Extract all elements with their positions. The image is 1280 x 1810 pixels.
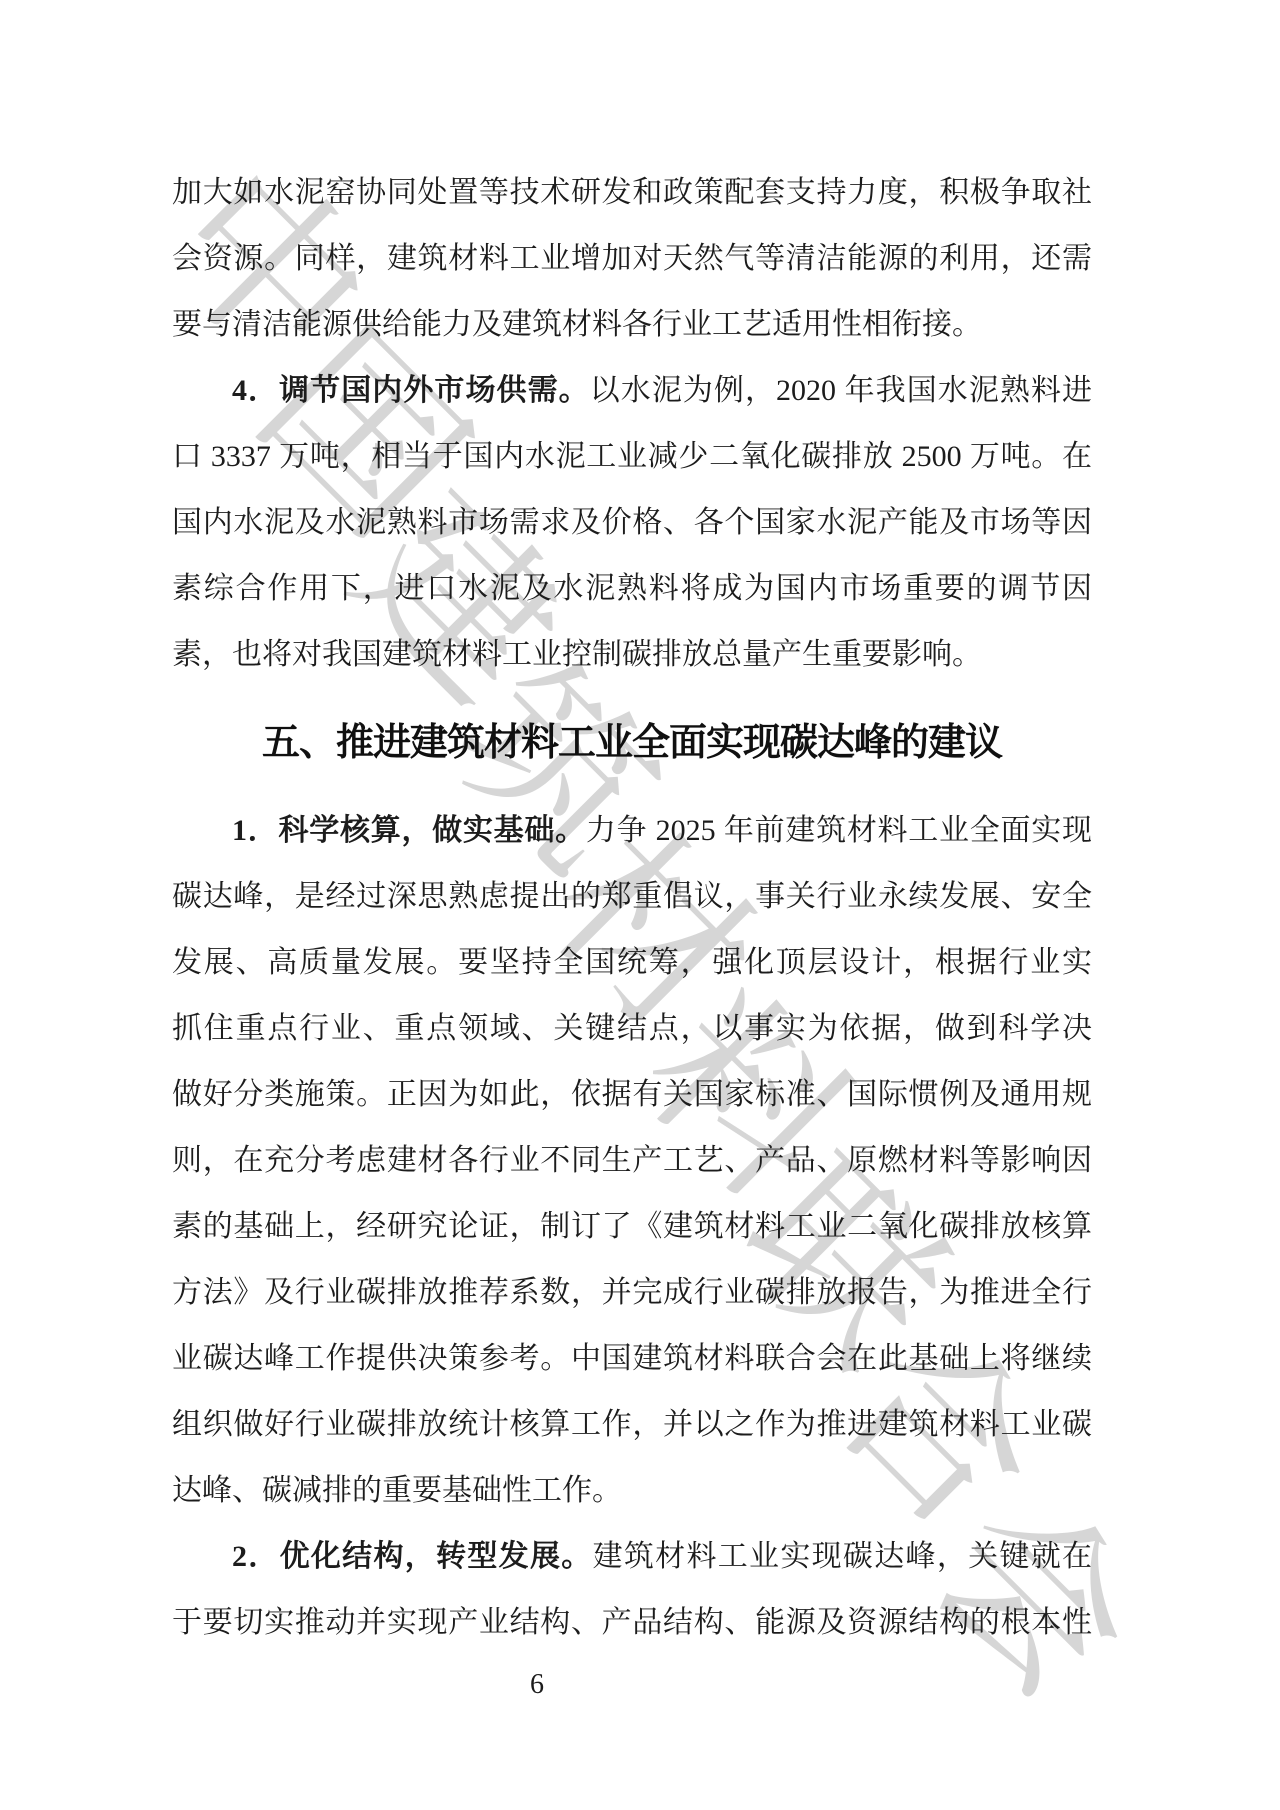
body-line: 会资源。同样，建筑材料工业增加对天然气等清洁能源的利用，还需 <box>172 226 1092 292</box>
paragraph-continuation: 加大如水泥窑协同处置等技术研发和政策配套支持力度，积极争取社 会资源。同样，建筑… <box>172 160 1092 358</box>
body-line: 方法》及行业碳排放推荐系数，并完成行业碳排放报告，为推进全行 <box>172 1260 1092 1326</box>
body-line: 国内水泥及水泥熟料市场需求及价格、各个国家水泥产能及市场等因 <box>172 490 1092 556</box>
body-line: 达峰、碳减排的重要基础性工作。 <box>172 1458 1092 1524</box>
body-line: 2．优化结构，转型发展。建筑材料工业实现碳达峰，关键就在 <box>172 1524 1092 1590</box>
paragraph-2: 2．优化结构，转型发展。建筑材料工业实现碳达峰，关键就在 于要切实推动并实现产业… <box>172 1524 1092 1656</box>
paragraph-lead-bold: 2．优化结构，转型发展。 <box>232 1540 593 1573</box>
body-line: 则，在充分考虑建材各行业不同生产工艺、产品、原燃材料等影响因 <box>172 1128 1092 1194</box>
page-content: 加大如水泥窑协同处置等技术研发和政策配套支持力度，积极争取社 会资源。同样，建筑… <box>172 160 1092 1656</box>
body-line: 组织做好行业碳排放统计核算工作，并以之作为推进建筑材料工业碳 <box>172 1392 1092 1458</box>
body-line: 发展、高质量发展。要坚持全国统筹，强化顶层设计，根据行业实际， <box>172 930 1092 996</box>
body-line: 于要切实推动并实现产业结构、产品结构、能源及资源结构的根本性 <box>172 1590 1092 1656</box>
paragraph-1: 1．科学核算，做实基础。力争 2025 年前建筑材料工业全面实现 碳达峰，是经过… <box>172 798 1092 1524</box>
body-line: 素的基础上，经研究论证，制订了《建筑材料工业二氧化碳排放核算 <box>172 1194 1092 1260</box>
paragraph-lead-rest: 以水泥为例，2020 年我国水泥熟料进 <box>590 374 1092 407</box>
paragraph-lead-rest: 建筑材料工业实现碳达峰，关键就在 <box>593 1540 1092 1573</box>
paragraph-4: 4．调节国内外市场供需。以水泥为例，2020 年我国水泥熟料进 口 3337 万… <box>172 358 1092 688</box>
document-page: 中 国 建 筑 材 料 联 合 会 加大如水泥窑协同处置等技术研发和政策配套支持… <box>0 0 1280 1810</box>
body-line: 口 3337 万吨，相当于国内水泥工业减少二氧化碳排放 2500 万吨。在 <box>172 424 1092 490</box>
section-heading: 五、推进建筑材料工业全面实现碳达峰的建议 <box>172 708 1092 778</box>
body-line: 素，也将对我国建筑材料工业控制碳排放总量产生重要影响。 <box>172 622 1092 688</box>
body-line: 业碳达峰工作提供决策参考。中国建筑材料联合会在此基础上将继续 <box>172 1326 1092 1392</box>
body-line: 做好分类施策。正因为如此，依据有关国家标准、国际惯例及通用规 <box>172 1062 1092 1128</box>
paragraph-lead-rest: 力争 2025 年前建筑材料工业全面实现 <box>586 814 1092 847</box>
body-line: 抓住重点行业、重点领域、关键结点，以事实为依据，做到科学决策， <box>172 996 1092 1062</box>
body-line: 碳达峰，是经过深思熟虑提出的郑重倡议，事关行业永续发展、安全 <box>172 864 1092 930</box>
body-line: 加大如水泥窑协同处置等技术研发和政策配套支持力度，积极争取社 <box>172 160 1092 226</box>
body-line: 要与清洁能源供给能力及建筑材料各行业工艺适用性相衔接。 <box>172 292 1092 358</box>
body-line: 素综合作用下，进口水泥及水泥熟料将成为国内市场重要的调节因 <box>172 556 1092 622</box>
page-number: 6 <box>0 1668 1074 1702</box>
paragraph-lead-bold: 4．调节国内外市场供需。 <box>232 374 590 407</box>
body-line: 4．调节国内外市场供需。以水泥为例，2020 年我国水泥熟料进 <box>172 358 1092 424</box>
paragraph-lead-bold: 1．科学核算，做实基础。 <box>232 814 586 847</box>
body-line: 1．科学核算，做实基础。力争 2025 年前建筑材料工业全面实现 <box>172 798 1092 864</box>
